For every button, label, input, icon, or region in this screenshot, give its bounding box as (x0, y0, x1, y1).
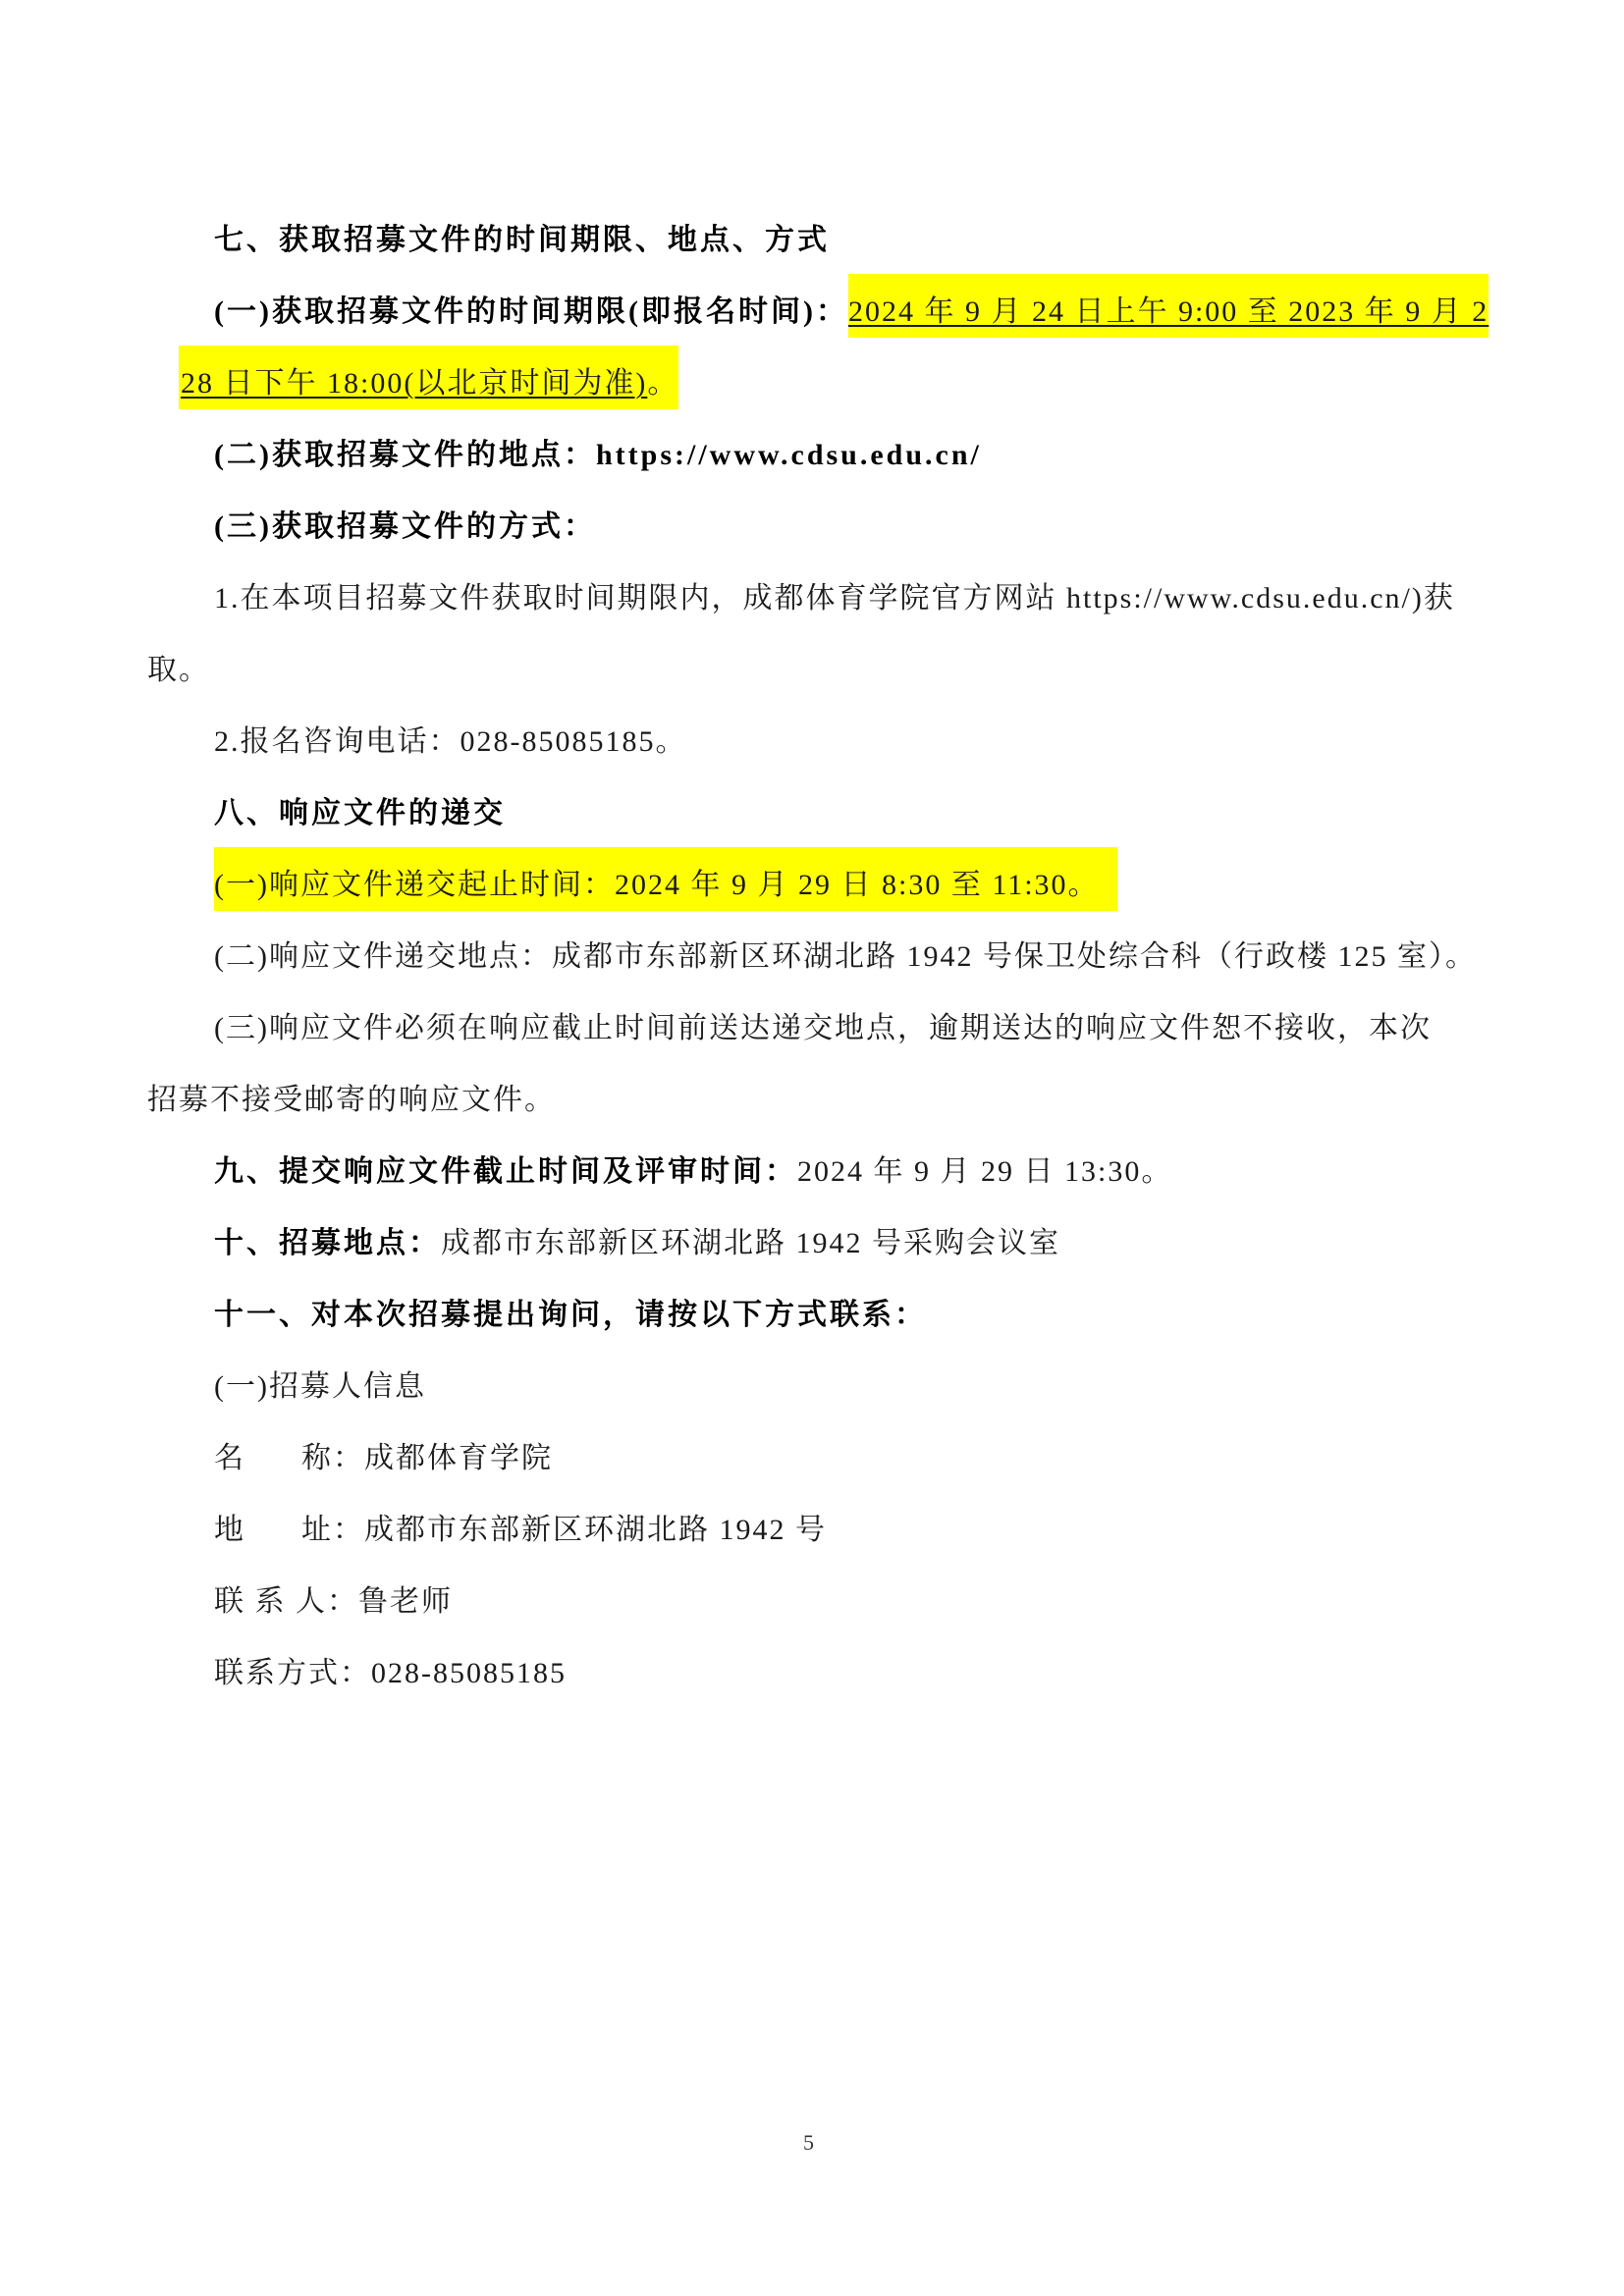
contact-value: 鲁老师 (358, 1585, 453, 1618)
page-number: 5 (803, 2130, 814, 2156)
section-8-heading: 八、响应文件的递交 (214, 794, 506, 833)
registration-period-highlight-cont: 28 日下午 18:00(以北京时间为准)。 (179, 346, 678, 409)
section-10: 十、招募地点：成都市东部新区环湖北路 1942 号采购会议室 (214, 1224, 1060, 1263)
method-1-line-2: 取。 (147, 651, 210, 690)
item-1-label: (一)获取招募文件的时间期限(即报名时间)： (214, 295, 848, 328)
item-2-label: (二)获取招募文件的地点： (214, 439, 596, 471)
contact-label: 联 系 人： (214, 1585, 358, 1618)
registration-period-highlight: 2024 年 9 月 24 日上午 9:00 至 2023 年 9 月 2 (848, 274, 1489, 338)
section-8-item-2: (二)响应文件递交地点：成都市东部新区环湖北路 1942 号保卫处综合科（行政楼… (214, 937, 1477, 977)
section-8-item-3-line-2: 招募不接受邮寄的响应文件。 (147, 1081, 556, 1120)
section-9-heading: 九、提交响应文件截止时间及评审时间： (214, 1155, 797, 1188)
contact-value: 成都市东部新区环湖北路 1942 号 (364, 1514, 827, 1546)
section-7-item-2: (二)获取招募文件的地点：https://www.cdsu.edu.cn/ (214, 436, 982, 475)
download-url-link[interactable]: https://www.cdsu.edu.cn/ (596, 439, 982, 471)
document-page: 七、获取招募文件的时间期限、地点、方式 (一)获取招募文件的时间期限(即报名时间… (0, 0, 1624, 2296)
section-9: 九、提交响应文件截止时间及评审时间：2024 年 9 月 29 日 13:30。 (214, 1152, 1172, 1192)
section-9-value: 2024 年 9 月 29 日 13:30。 (797, 1155, 1172, 1188)
contact-address-row: 地 址：成都市东部新区环湖北路 1942 号 (214, 1511, 827, 1550)
section-11-sub-heading: (一)招募人信息 (214, 1367, 426, 1407)
contact-phone-row: 联系方式：028-85085185 (214, 1654, 567, 1693)
section-8-item-1: (一)响应文件递交起止时间：2024 年 9 月 29 日 8:30 至 11:… (214, 866, 1117, 905)
contact-label: 名 称： (214, 1442, 364, 1474)
section-7-heading: 七、获取招募文件的时间期限、地点、方式 (214, 221, 830, 260)
contact-label: 地 址： (214, 1514, 364, 1546)
section-10-heading: 十、招募地点： (214, 1227, 441, 1259)
section-7-item-1: (一)获取招募文件的时间期限(即报名时间)：2024 年 9 月 24 日上午 … (214, 293, 1489, 332)
section-7-item-1-cont: 28 日下午 18:00(以北京时间为准)。 (179, 364, 678, 403)
contact-name-row: 名 称：成都体育学院 (214, 1439, 553, 1478)
method-2-phone: 2.报名咨询电话：028-85085185。 (214, 722, 687, 762)
section-7-item-3: (三)获取招募文件的方式： (214, 507, 596, 547)
method-1-line-1: 1.在本项目招募文件获取时间期限内，成都体育学院官方网站 https://www… (214, 579, 1455, 618)
section-10-value: 成都市东部新区环湖北路 1942 号采购会议室 (441, 1227, 1060, 1259)
contact-label: 联系方式： (214, 1657, 371, 1689)
section-8-item-3-line-1: (三)响应文件必须在响应截止时间前送达递交地点，逾期送达的响应文件恕不接收，本次 (214, 1009, 1432, 1048)
contact-value: 028-85085185 (371, 1657, 567, 1689)
section-11-heading: 十一、对本次招募提出询问，请按以下方式联系： (214, 1296, 927, 1335)
contact-value: 成都体育学院 (364, 1442, 553, 1474)
contact-person-row: 联 系 人：鲁老师 (214, 1582, 453, 1622)
submission-time-highlight: (一)响应文件递交起止时间：2024 年 9 月 29 日 8:30 至 11:… (214, 847, 1117, 911)
